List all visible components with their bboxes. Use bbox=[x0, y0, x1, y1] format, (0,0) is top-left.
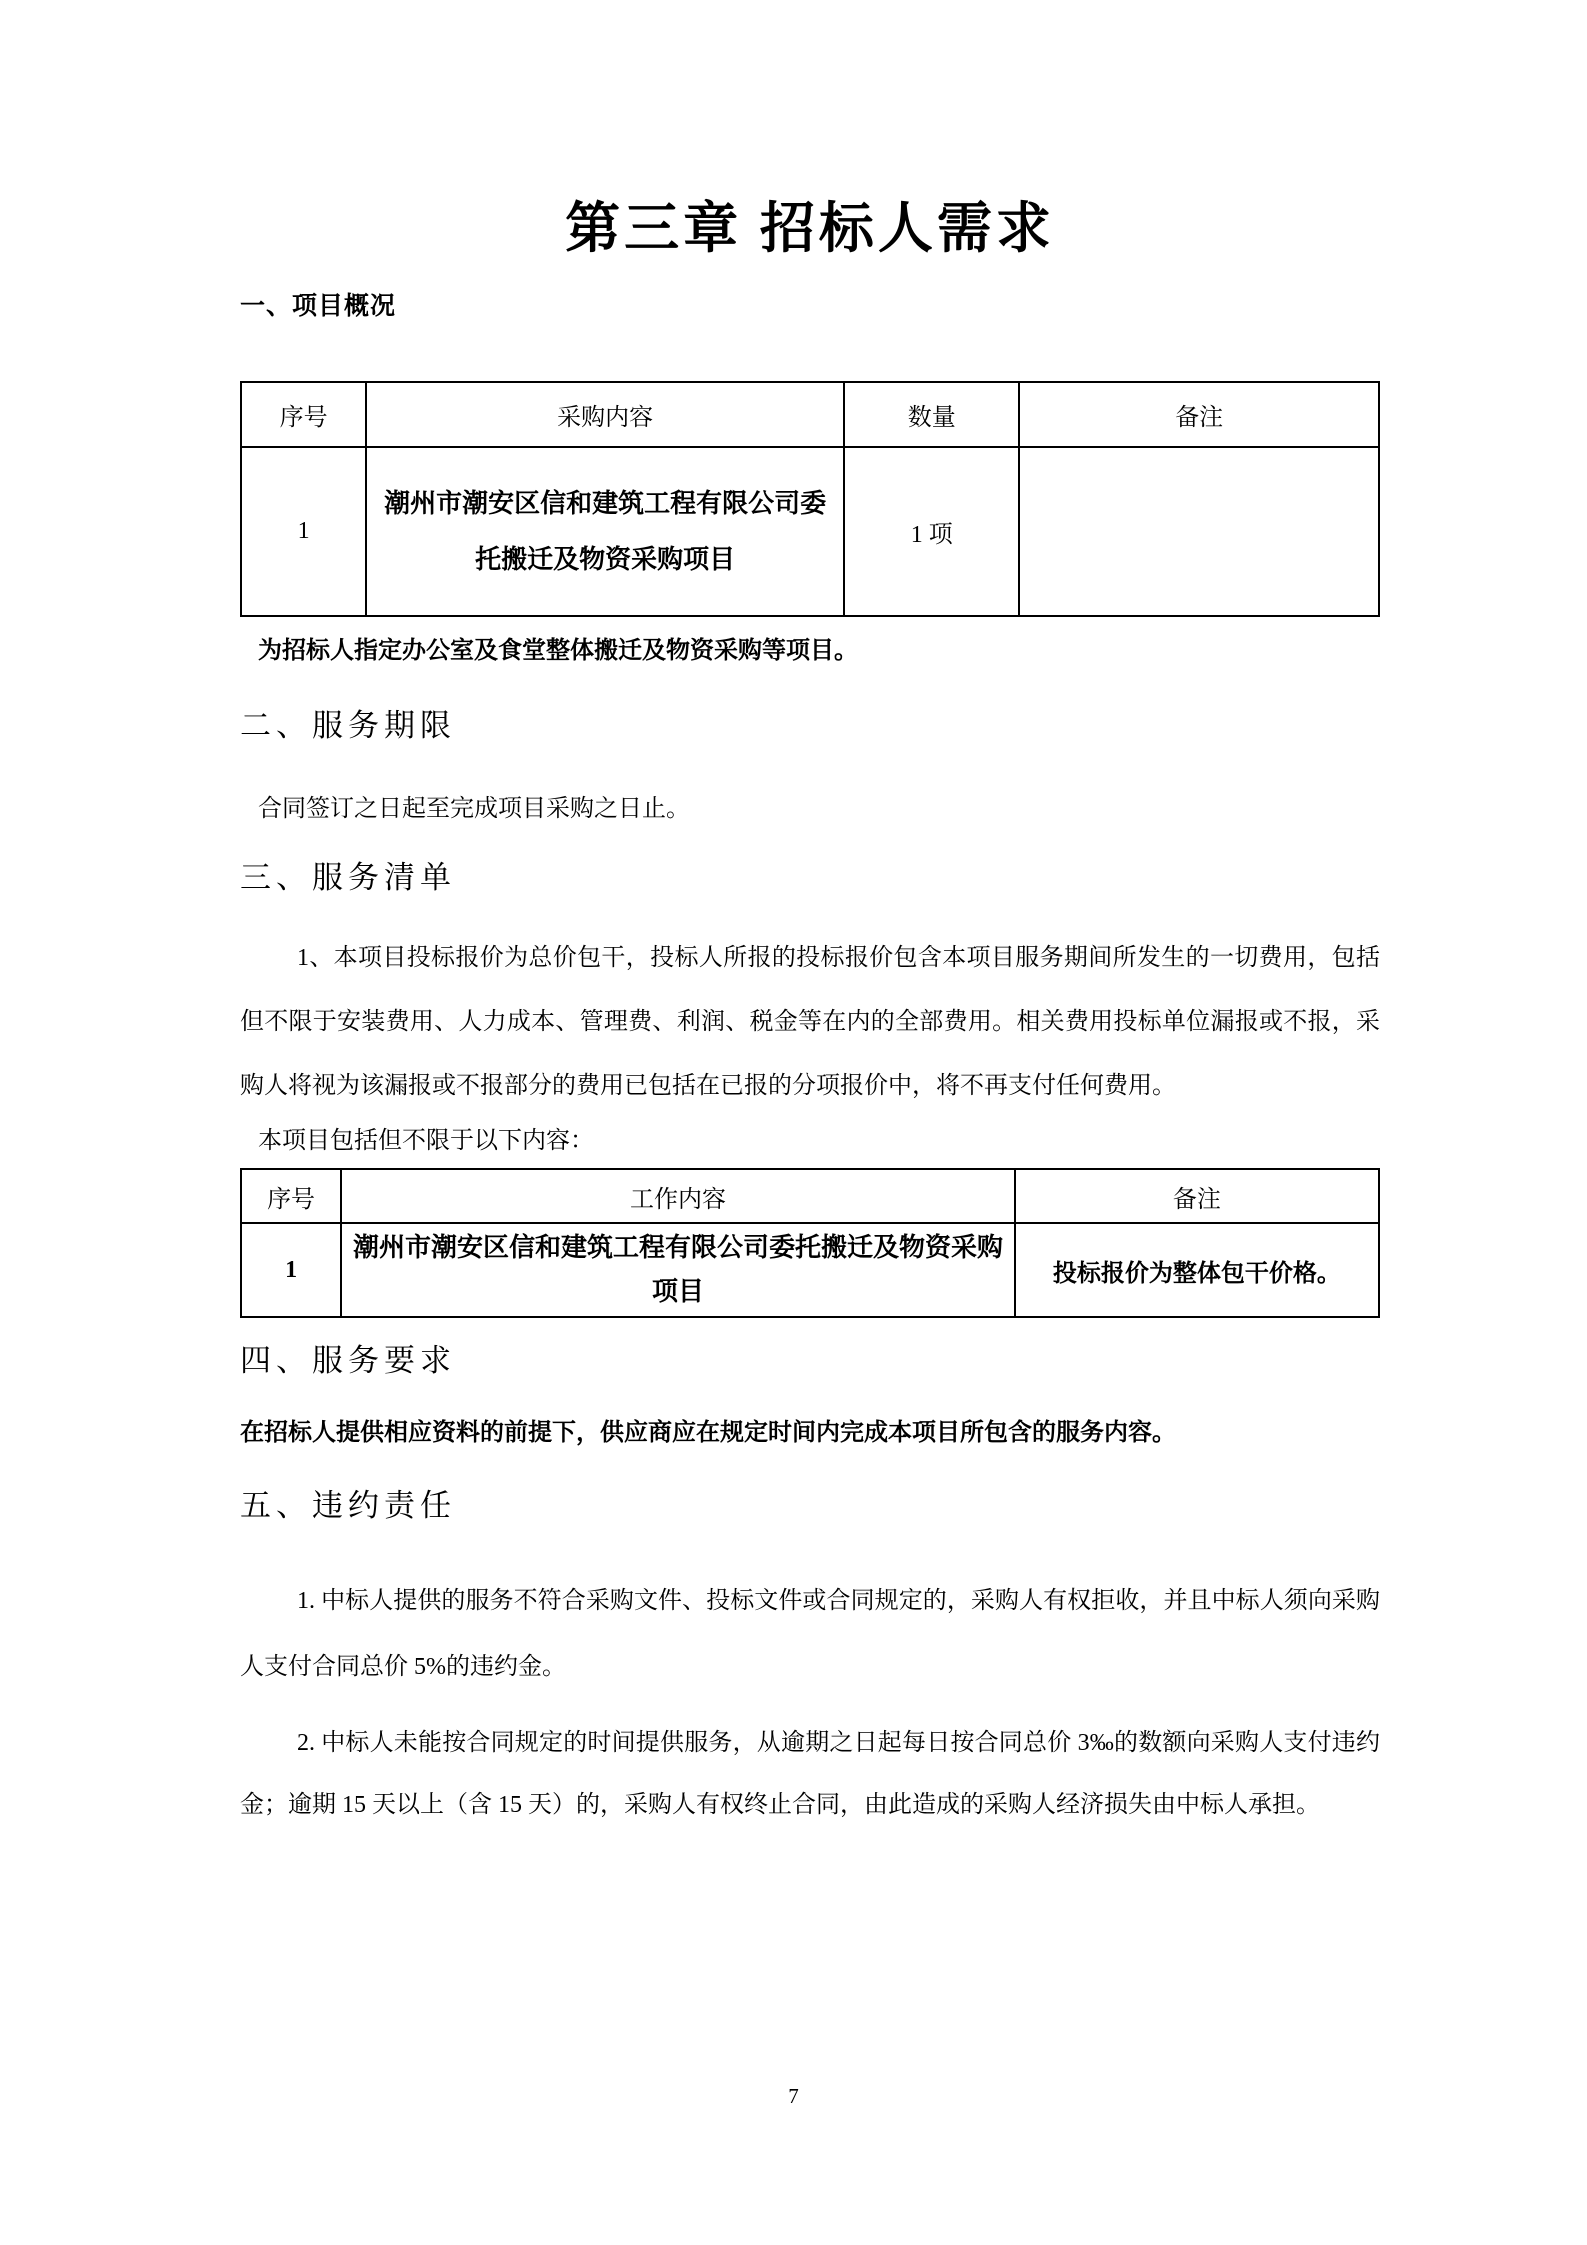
service-period-body: 合同签订之日起至完成项目采购之日止。 bbox=[240, 794, 1380, 824]
overview-cell-content: 潮州市潮安区信和建筑工程有限公司委托搬迁及物资采购项目 bbox=[366, 447, 844, 616]
overview-cell-remark bbox=[1019, 447, 1379, 616]
overview-table-header-row: 序号 采购内容 数量 备注 bbox=[241, 382, 1379, 447]
service-requirements-body: 在招标人提供相应资料的前提下，供应商应在规定时间内完成本项目所包含的服务内容。 bbox=[240, 1418, 1380, 1448]
overview-header-seq: 序号 bbox=[241, 382, 366, 447]
overview-cell-seq: 1 bbox=[241, 447, 366, 616]
overview-header-quantity: 数量 bbox=[844, 382, 1019, 447]
overview-header-remark: 备注 bbox=[1019, 382, 1379, 447]
heading-service-list: 三、服务清单 bbox=[240, 860, 1380, 896]
overview-table: 序号 采购内容 数量 备注 1 潮州市潮安区信和建筑工程有限公司委托搬迁及物资采… bbox=[240, 381, 1380, 617]
document-page: 第三章 招标人需求 一、项目概况 序号 采购内容 数量 备注 1 bbox=[0, 0, 1587, 2245]
overview-cell-quantity: 1 项 bbox=[844, 447, 1019, 616]
work-table-row: 1 潮州市潮安区信和建筑工程有限公司委托搬迁及物资采购项目 投标报价为整体包干价… bbox=[241, 1223, 1379, 1317]
work-cell-seq: 1 bbox=[241, 1223, 341, 1317]
heading-service-period: 二、服务期限 bbox=[240, 708, 1380, 744]
service-list-paragraph: 1、本项目投标报价为总价包干，投标人所报的投标报价包含本项目服务期间所发生的一切… bbox=[240, 926, 1380, 1118]
overview-header-content: 采购内容 bbox=[366, 382, 844, 447]
chapter-title: 第三章 招标人需求 bbox=[240, 0, 1380, 262]
heading-service-requirements: 四、服务要求 bbox=[240, 1343, 1380, 1379]
work-cell-remark: 投标报价为整体包干价格。 bbox=[1015, 1223, 1379, 1317]
breach-item-1: 1. 中标人提供的服务不符合采购文件、投标文件或合同规定的，采购人有权拒收，并且… bbox=[240, 1568, 1380, 1700]
work-cell-content: 潮州市潮安区信和建筑工程有限公司委托搬迁及物资采购项目 bbox=[341, 1223, 1015, 1317]
page-number: 7 bbox=[0, 2083, 1587, 2109]
work-content-table: 序号 工作内容 备注 1 潮州市潮安区信和建筑工程有限公司委托搬迁及物资采购项目… bbox=[240, 1168, 1380, 1318]
work-header-remark: 备注 bbox=[1015, 1169, 1379, 1223]
work-header-seq: 序号 bbox=[241, 1169, 341, 1223]
overview-note: 为招标人指定办公室及食堂整体搬迁及物资采购等项目。 bbox=[240, 636, 1380, 666]
overview-table-row: 1 潮州市潮安区信和建筑工程有限公司委托搬迁及物资采购项目 1 项 bbox=[241, 447, 1379, 616]
breach-item-2: 2. 中标人未能按合同规定的时间提供服务，从逾期之日起每日按合同总价 3‰的数额… bbox=[240, 1712, 1380, 1836]
heading-breach-liability: 五、违约责任 bbox=[240, 1488, 1380, 1524]
service-list-intro: 本项目包括但不限于以下内容： bbox=[240, 1126, 1380, 1156]
work-header-content: 工作内容 bbox=[341, 1169, 1015, 1223]
work-table-header-row: 序号 工作内容 备注 bbox=[241, 1169, 1379, 1223]
document-content: 第三章 招标人需求 一、项目概况 序号 采购内容 数量 备注 1 bbox=[240, 0, 1380, 1836]
heading-project-overview: 一、项目概况 bbox=[240, 292, 1380, 322]
